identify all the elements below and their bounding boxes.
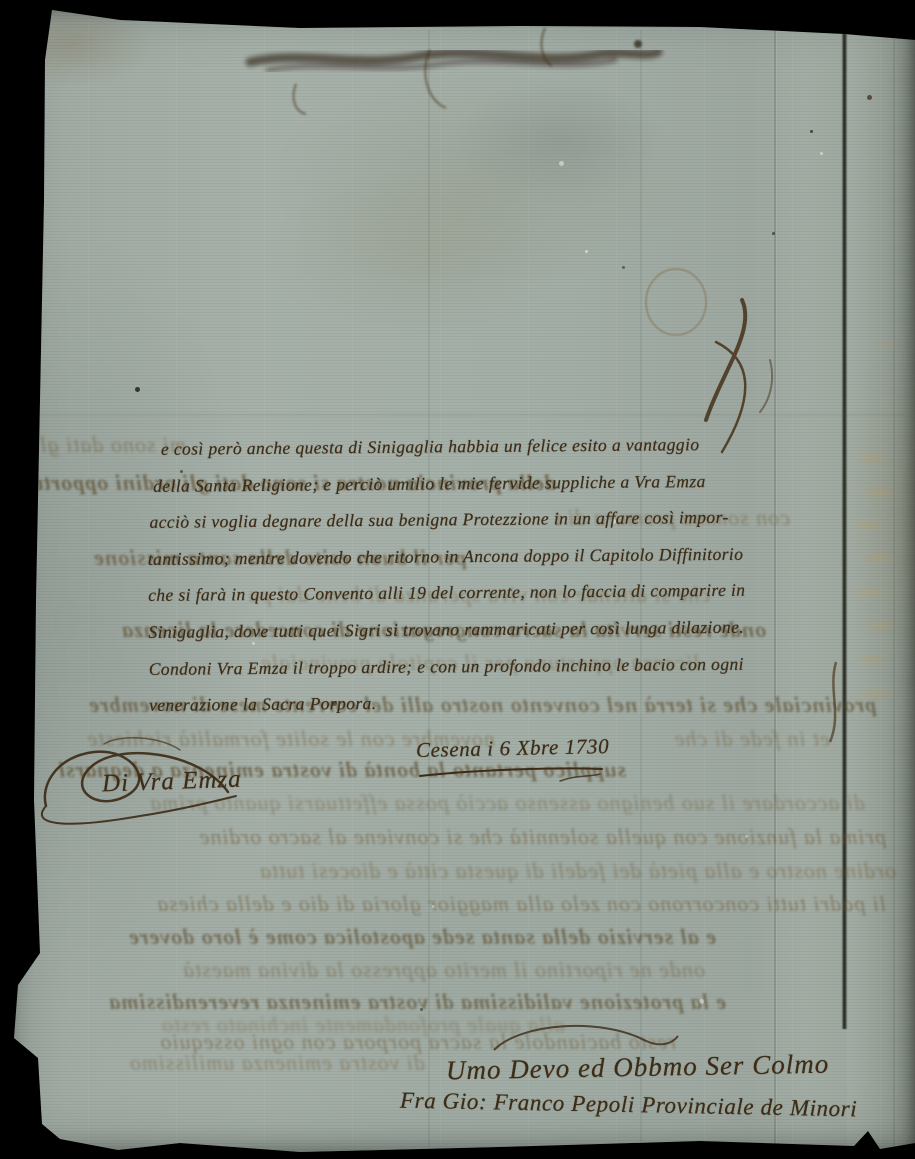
letter-body-line: acciò si voglia degnare della sua benign… [149,498,819,540]
fold-stroke [830,662,836,742]
bleedthrough-line: et in fede di che [630,726,830,752]
bleedthrough-line: resto baciandole la sacra porpora con og… [36,1029,676,1055]
ring-stain [646,269,706,335]
letter-body-line: Condoni Vra Emza il troppo ardire; e con… [149,645,821,687]
letter-body-line: e così però anche questa di Sinigaglia h… [161,425,819,467]
letter-paper-sheet: mi sono dati gli avvisidella provincia n… [0,0,915,1159]
manuscript-photo: mi sono dati gli avvisidella provincia n… [0,0,915,1159]
letter-body-line: che si farà in questo Convento alli 19 d… [148,571,820,613]
bleedthrough-line: li padri tutti concorrono con zelo alla … [36,891,886,917]
bleedthrough-line: alla quale profondamente inchinato resto [85,1012,565,1038]
bleedthrough-line: onde ne riportino il merito appresso la … [55,957,705,983]
letter-closing: Di Vra Emza [102,766,243,799]
date-underline [420,768,602,781]
letter-body: e così però anche questa di Sinigaglia h… [147,425,822,724]
bleedthrough-line: ordine nostro e alla pietà dei fedeli di… [36,858,896,884]
adjacent-leaf-edge [847,34,915,1145]
docket-smudge [250,52,658,70]
center-fold-shadow [842,33,847,1029]
light-specks [0,0,3,3]
horizontal-crease [40,414,905,416]
letter-body-line: Sinigaglia, dove tutti quei Sigri si tro… [148,608,820,650]
docket-curls [294,28,642,114]
bleedthrough-line: e la protezione validissima di vostra em… [36,989,726,1015]
signature-swash [494,1026,678,1050]
letter-body-line: venerazione la Sacra Porpora. [149,681,821,723]
letter-body-line: tantissimo; mentre dovendo che ritorno i… [148,535,820,577]
bleedthrough-line: prima la funzione con quella solennità c… [36,824,886,850]
signature-honorific: Umo Devo ed Obbmo Ser Colmo [446,1049,830,1087]
bleedthrough-line: di vostra eminenza umilissimo [95,1050,425,1076]
letter-dateline: Cesena i 6 Xbre 1730 [416,734,610,763]
signature-name: Fra Gio: Franco Pepoli Provinciale de Mi… [400,1088,858,1123]
letter-body-line: della Santa Religione; e perciò umilio l… [153,462,819,504]
vertical-crease [893,30,895,1147]
dark-specks [0,0,3,3]
bleedthrough-line: e al servizio della santa sede apostolic… [36,924,716,950]
